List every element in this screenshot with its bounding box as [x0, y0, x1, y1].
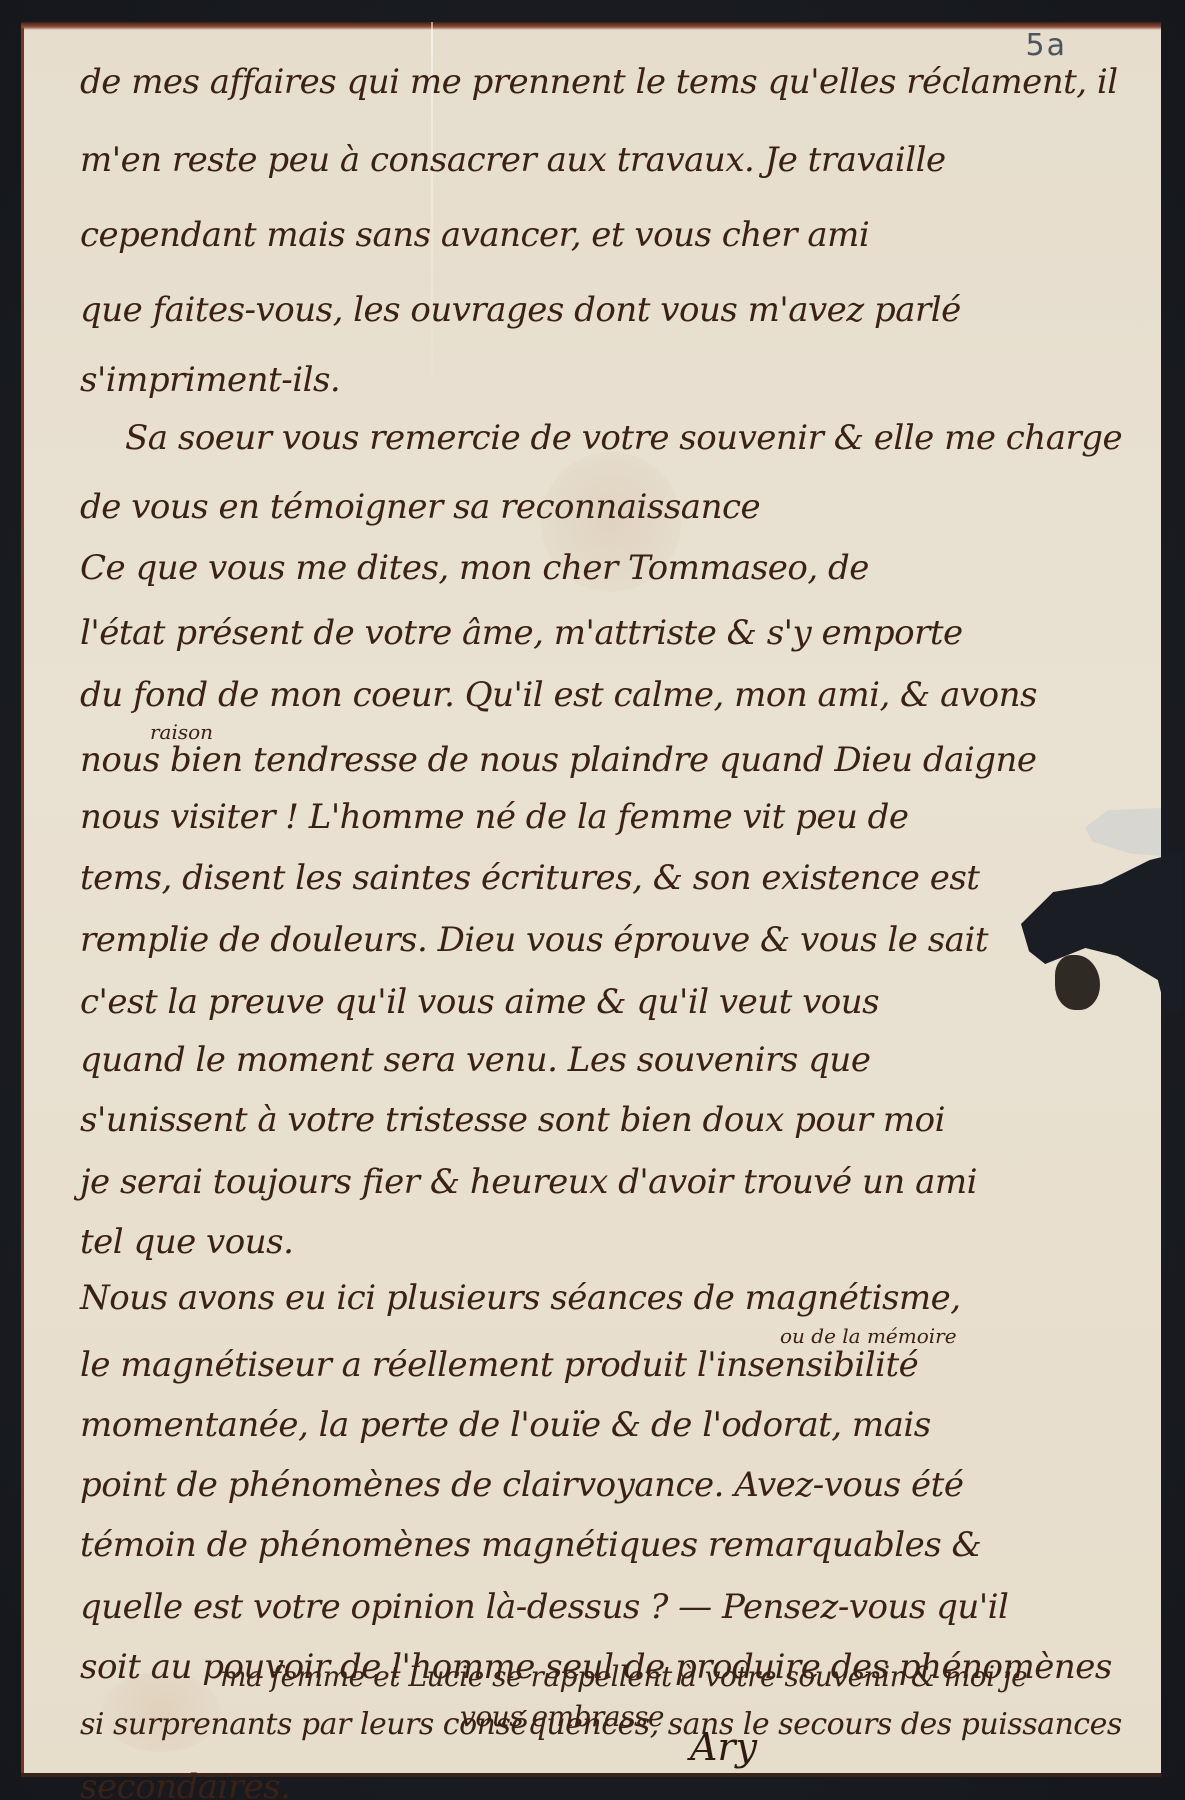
text-line: du fond de mon coeur. Qu'il est calme, m… [80, 675, 1037, 715]
text-line: cependant mais sans avancer, et vous che… [80, 215, 869, 255]
letter-sheet [21, 22, 1161, 1777]
text-line: quelle est votre opinion là-dessus ? — P… [80, 1587, 1008, 1627]
text-line: le magnétiseur a réellement produit l'in… [80, 1345, 918, 1385]
text-line: témoin de phénomènes magnétiques remarqu… [80, 1525, 981, 1565]
text-line: je serai toujours fier & heureux d'avoir… [80, 1162, 977, 1202]
text-line: nous bien tendresse de nous plaindre qua… [80, 740, 1037, 780]
closing-line: vous embrasse [460, 1700, 664, 1733]
text-line: momentanée, la perte de l'ouïe & de l'od… [80, 1405, 931, 1445]
torn-hole [1021, 852, 1182, 1012]
text-line: remplie de douleurs. Dieu vous éprouve &… [80, 920, 988, 960]
text-line: c'est la preuve qu'il vous aime & qu'il … [80, 982, 879, 1022]
text-line: nous visiter ! L'homme né de la femme vi… [80, 797, 909, 837]
text-line: que faites-vous, les ouvrages dont vous … [80, 290, 961, 330]
text-line: tel que vous. [80, 1222, 293, 1262]
text-line: tems, disent les saintes écritures, & so… [80, 858, 979, 898]
closing-line: ma femme et Lucie se rappellent à votre … [220, 1660, 1027, 1693]
text-line: secondaires. [80, 1767, 291, 1800]
text-line: point de phénomènes de clairvoyance. Ave… [80, 1465, 963, 1505]
text-line: Sa soeur vous remercie de votre souvenir… [125, 418, 1122, 458]
text-line: Ce que vous me dites, mon cher Tommaseo,… [80, 548, 869, 588]
text-line: Nous avons eu ici plusieurs séances de m… [80, 1278, 961, 1318]
signature: Ary [690, 1725, 757, 1769]
text-line: s'impriment-ils. [80, 360, 340, 400]
text-line: s'unissent à votre tristesse sont bien d… [80, 1100, 945, 1140]
text-line: l'état présent de votre âme, m'attriste … [80, 613, 963, 653]
text-line: m'en reste peu à consacrer aux travaux. … [80, 140, 946, 180]
text-line: de vous en témoigner sa reconnaissance [80, 487, 760, 527]
text-line: quand le moment sera venu. Les souvenirs… [80, 1040, 870, 1080]
folio-number: 5a [1026, 28, 1067, 63]
text-line: de mes affaires qui me prennent le tems … [80, 62, 1118, 102]
